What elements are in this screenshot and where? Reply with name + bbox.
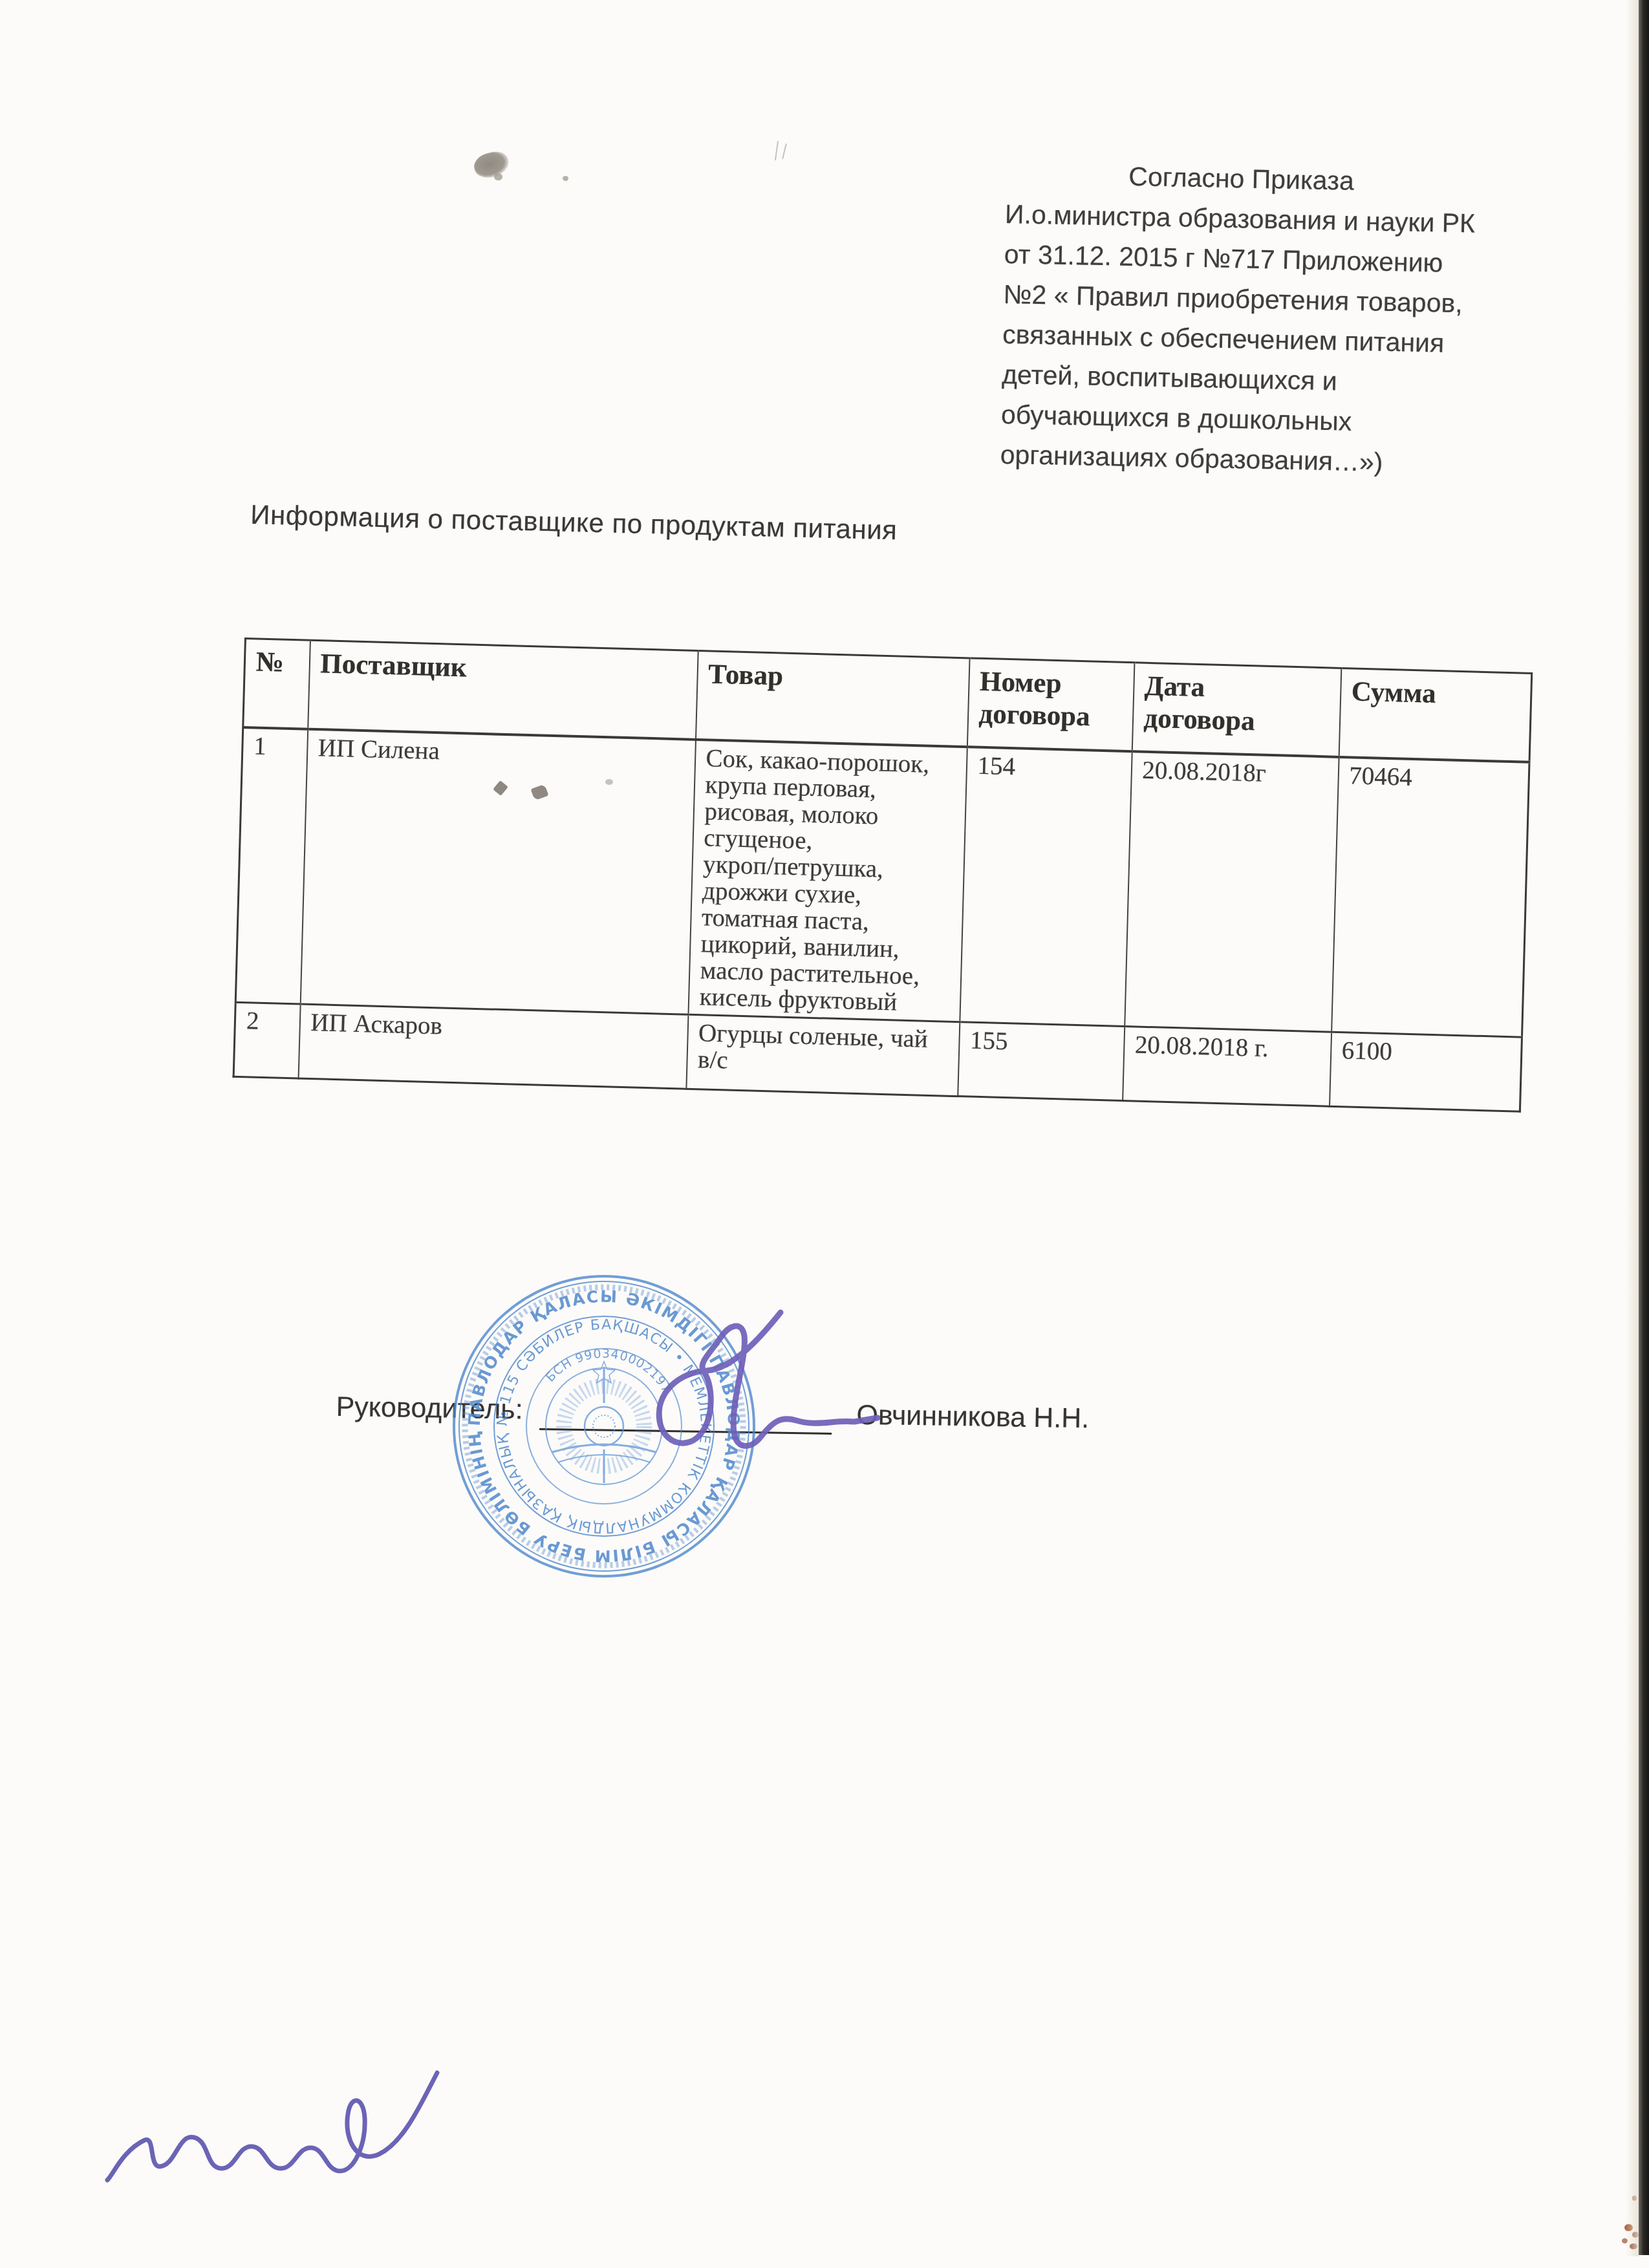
scan-smudge-blob (471, 149, 512, 181)
cell-num: 1 (235, 727, 307, 1004)
header-supplier: Поставщик (308, 640, 698, 740)
header-line: Номер (979, 666, 1124, 702)
director-signature (630, 1294, 889, 1488)
scanned-document-page: Согласно Приказа И.о.министра образовани… (0, 0, 1649, 2268)
header-contract-date: Дата договора (1132, 663, 1341, 757)
cell-supplier: ИП Силена (300, 729, 695, 1015)
director-name: Овчинникова Н.Н. (856, 1400, 1090, 1439)
cell-sum: 6100 (1329, 1032, 1522, 1111)
cell-num: 2 (233, 1002, 300, 1078)
cell-contract-number: 154 (960, 747, 1132, 1026)
scanner-edge-band (1639, 0, 1649, 2255)
suppliers-table-wrap: № Поставщик Товар Номер договора Дата до… (233, 637, 1533, 1113)
scanner-edge-warm-strip (1626, 0, 1639, 2256)
scan-dot (563, 176, 568, 181)
order-reference-note: Согласно Приказа И.о.министра образовани… (1000, 154, 1524, 485)
header-num: № (243, 639, 310, 729)
scan-faint-mark (773, 140, 793, 163)
cell-contract-date: 20.08.2018 г. (1123, 1027, 1331, 1107)
header-contract-number: Номер договора (967, 658, 1134, 751)
header-line: договора (978, 698, 1123, 734)
table-row: 1 ИП Силена Сок, какао-порошок, крупа пе… (235, 727, 1529, 1037)
scan-smudge-tail (494, 173, 502, 180)
cell-sum: 70464 (1331, 757, 1529, 1037)
suppliers-table: № Поставщик Товар Номер договора Дата до… (233, 637, 1533, 1113)
document-title: Информация о поставщике по продуктам пит… (250, 499, 898, 546)
header-line: Дата (1144, 670, 1331, 708)
cell-contract-number: 155 (958, 1022, 1125, 1101)
stray-signature (83, 2035, 445, 2236)
header-line: договора (1143, 703, 1330, 740)
header-sum: Сумма (1339, 668, 1532, 762)
cell-product: Сок, какао-порошок, крупа перловая, рисо… (688, 740, 967, 1022)
cell-contract-date: 20.08.2018г (1125, 751, 1339, 1032)
cell-supplier: ИП Аскаров (298, 1004, 688, 1089)
cell-product: Огурцы соленые, чай в/с (686, 1014, 960, 1096)
header-product: Товар (695, 650, 969, 747)
